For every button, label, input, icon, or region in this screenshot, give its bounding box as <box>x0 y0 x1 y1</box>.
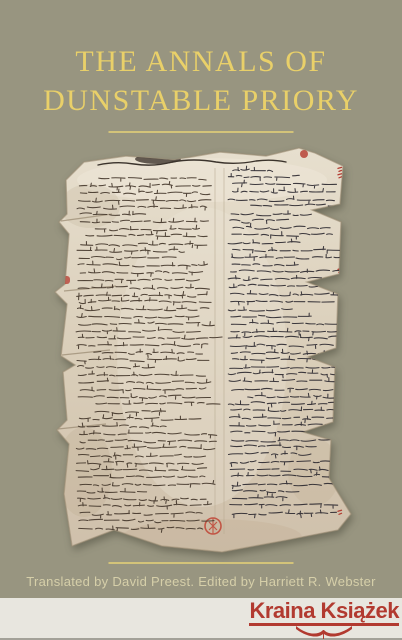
ink-smudge <box>135 154 181 164</box>
book-title-line-2: DUNSTABLE PRIORY <box>0 81 402 120</box>
red-mark-top-right <box>300 150 308 158</box>
book-cover: THE ANNALS OF DUNSTABLE PRIORY <box>0 0 402 640</box>
book-title: THE ANNALS OF DUNSTABLE PRIORY <box>0 42 402 120</box>
open-book-icon <box>295 626 353 639</box>
book-title-line-1: THE ANNALS OF <box>0 42 402 81</box>
red-mark-left-edge <box>56 276 70 284</box>
kraina-ksiazek-watermark: Kraina Książek <box>249 599 399 639</box>
divider-rule-bottom <box>109 562 294 564</box>
credit-line: Translated by David Preest. Edited by Ha… <box>0 574 402 589</box>
manuscript-photo <box>52 142 354 562</box>
divider-rule-top <box>109 131 294 133</box>
watermark-label: Kraina Książek <box>249 599 399 622</box>
